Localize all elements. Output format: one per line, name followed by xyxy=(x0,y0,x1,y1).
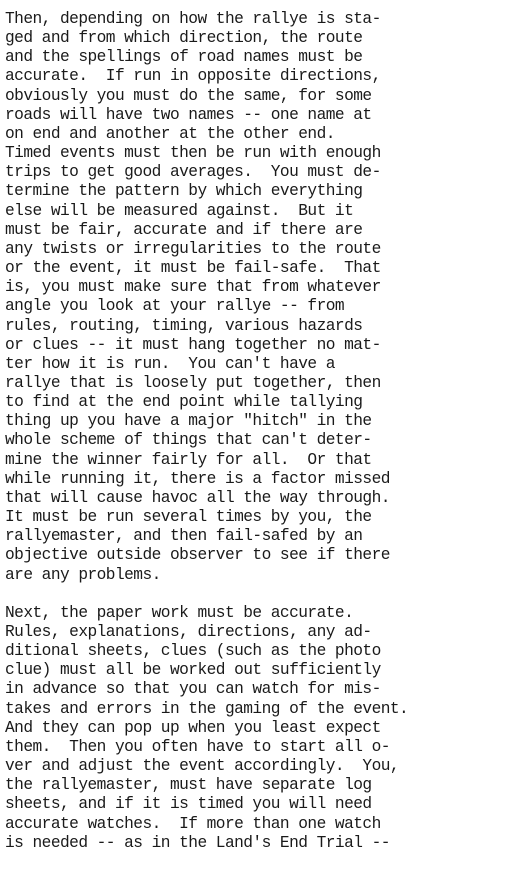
text-line: obviously you must do the same, for some xyxy=(5,87,520,106)
text-line: And they can pop up when you least expec… xyxy=(5,719,520,738)
text-line: sheets, and if it is timed you will need xyxy=(5,795,520,814)
text-line: rallyemaster, and then fail-safed by an xyxy=(5,527,520,546)
text-line: the rallyemaster, must have separate log xyxy=(5,776,520,795)
text-line: mine the winner fairly for all. Or that xyxy=(5,451,520,470)
text-line: ter how it is run. You can't have a xyxy=(5,355,520,374)
text-line: any twists or irregularities to the rout… xyxy=(5,240,520,259)
text-line: accurate watches. If more than one watch xyxy=(5,815,520,834)
text-line: It must be run several times by you, the xyxy=(5,508,520,527)
text-line: rules, routing, timing, various hazards xyxy=(5,317,520,336)
text-line: Rules, explanations, directions, any ad- xyxy=(5,623,520,642)
text-line: or the event, it must be fail-safe. That xyxy=(5,259,520,278)
text-line: whole scheme of things that can't deter- xyxy=(5,431,520,450)
text-line: them. Then you often have to start all o… xyxy=(5,738,520,757)
document-page: Then, depending on how the rallye is sta… xyxy=(5,10,520,853)
text-line: Timed events must then be run with enoug… xyxy=(5,144,520,163)
text-line: are any problems. xyxy=(5,566,520,585)
text-line: is needed -- as in the Land's End Trial … xyxy=(5,834,520,853)
paragraph-rallye-staging: Then, depending on how the rallye is sta… xyxy=(5,10,520,585)
text-line: takes and errors in the gaming of the ev… xyxy=(5,700,520,719)
paragraph-paper-work: Next, the paper work must be accurate.Ru… xyxy=(5,604,520,853)
text-line: rallye that is loosely put together, the… xyxy=(5,374,520,393)
text-line: clue) must all be worked out sufficientl… xyxy=(5,661,520,680)
text-line: ged and from which direction, the route xyxy=(5,29,520,48)
text-line: Next, the paper work must be accurate. xyxy=(5,604,520,623)
text-line: must be fair, accurate and if there are xyxy=(5,221,520,240)
text-line: thing up you have a major "hitch" in the xyxy=(5,412,520,431)
text-line: accurate. If run in opposite directions, xyxy=(5,67,520,86)
text-line: on end and another at the other end. xyxy=(5,125,520,144)
text-line: or clues -- it must hang together no mat… xyxy=(5,336,520,355)
text-line: angle you look at your rallye -- from xyxy=(5,297,520,316)
text-line: ditional sheets, clues (such as the phot… xyxy=(5,642,520,661)
text-line: while running it, there is a factor miss… xyxy=(5,470,520,489)
text-line: trips to get good averages. You must de- xyxy=(5,163,520,182)
text-line: roads will have two names -- one name at xyxy=(5,106,520,125)
text-line: objective outside observer to see if the… xyxy=(5,546,520,565)
text-line: that will cause havoc all the way throug… xyxy=(5,489,520,508)
text-line: and the spellings of road names must be xyxy=(5,48,520,67)
text-line: in advance so that you can watch for mis… xyxy=(5,680,520,699)
text-line: else will be measured against. But it xyxy=(5,202,520,221)
text-line: to find at the end point while tallying xyxy=(5,393,520,412)
text-line: termine the pattern by which everything xyxy=(5,182,520,201)
text-line: is, you must make sure that from whateve… xyxy=(5,278,520,297)
text-line: Then, depending on how the rallye is sta… xyxy=(5,10,520,29)
text-line: ver and adjust the event accordingly. Yo… xyxy=(5,757,520,776)
